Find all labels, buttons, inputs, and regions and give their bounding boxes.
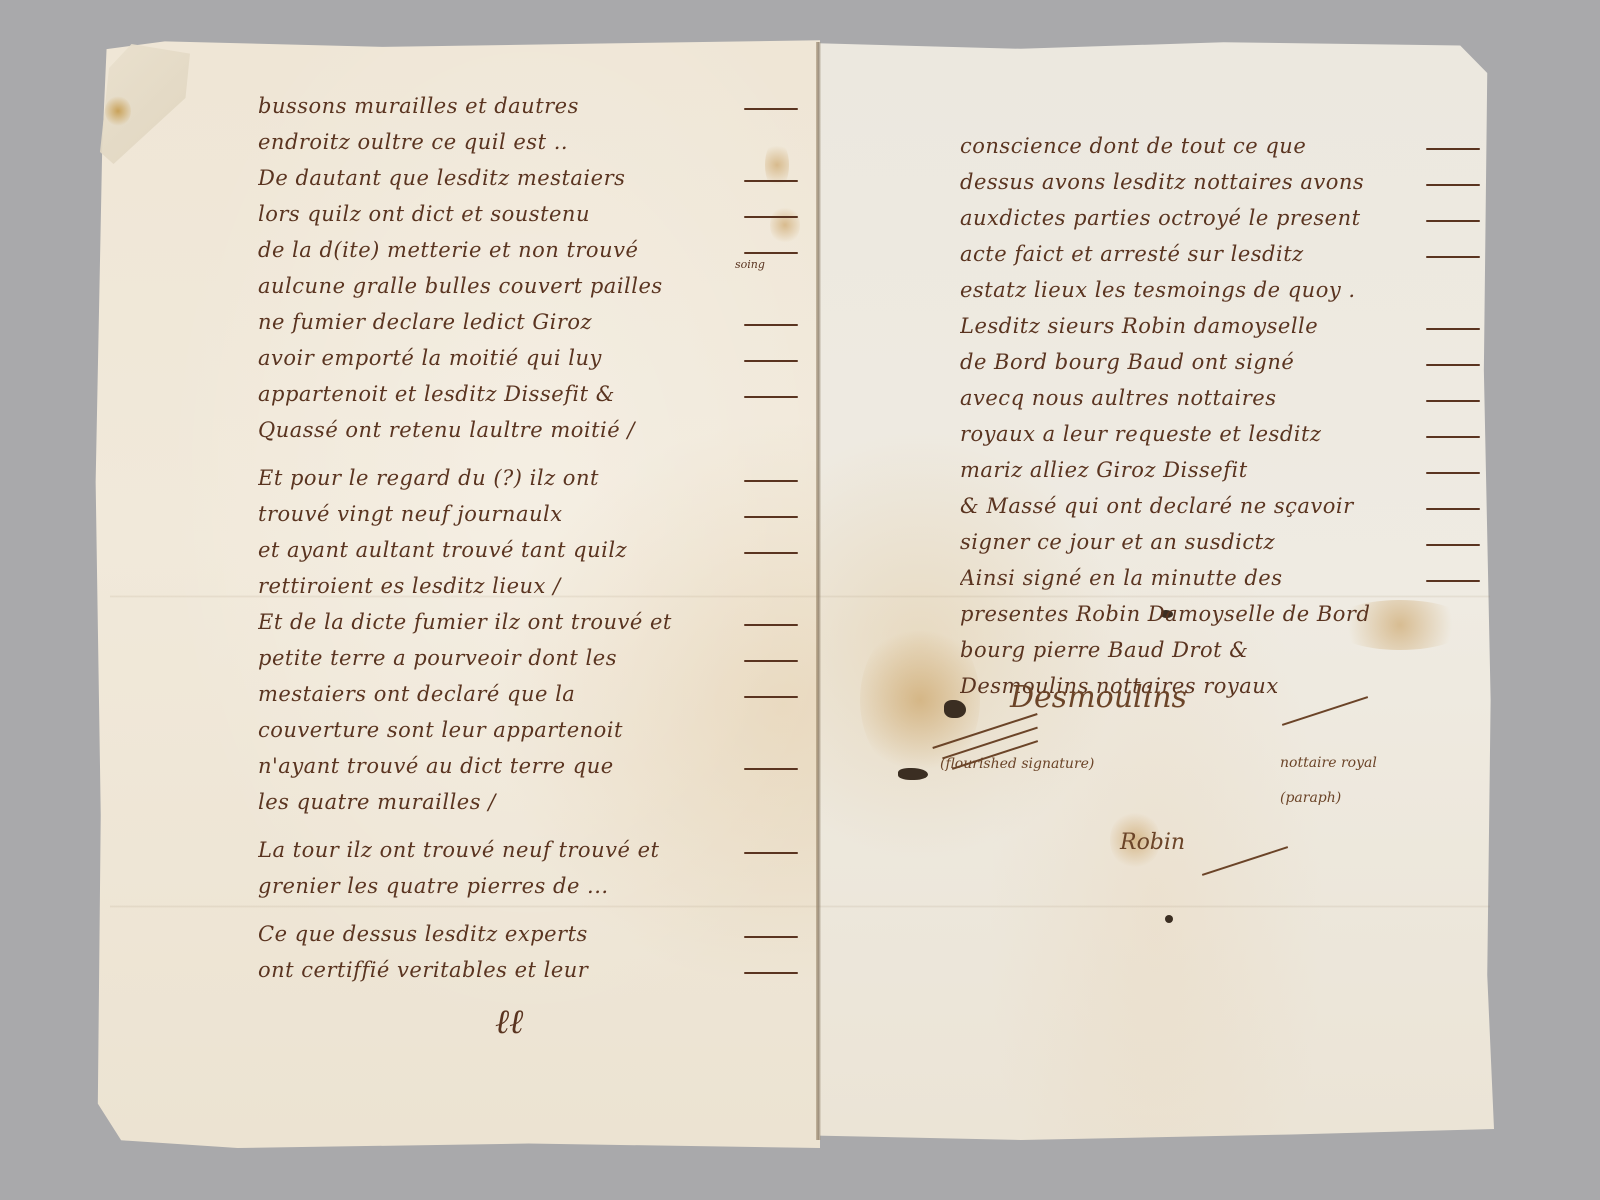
- manuscript-line: grenier les quatre pierres de ...: [258, 868, 798, 904]
- manuscript-line: mariz alliez Giroz Dissefit: [960, 452, 1480, 488]
- manuscript-line: et ayant aultant trouvé tant quilz: [258, 532, 798, 568]
- signature-flourish: [1202, 846, 1288, 876]
- manuscript-line: auxdictes parties octroyé le present: [960, 200, 1480, 236]
- manuscript-line: petite terre a pourveoir dont les: [258, 640, 798, 676]
- interlinear-note: soing: [735, 258, 765, 271]
- signature-desmoulins: Desmoulins: [1010, 680, 1187, 715]
- manuscript-line: rettiroient es lesditz lieux /: [258, 568, 798, 604]
- closing-flourish: ℓℓ: [495, 1002, 523, 1042]
- manuscript-line: n'ayant trouvé au dict terre que: [258, 748, 798, 784]
- manuscript-line: aulcune gralle bulles couvert pailles: [258, 268, 798, 304]
- signature-left: (flourished signature): [940, 756, 1094, 772]
- manuscript-line: ont certiffié veritables et leur: [258, 952, 798, 988]
- manuscript-line: mestaiers ont declaré que la: [258, 676, 798, 712]
- signature-paraph: (paraph): [1280, 790, 1341, 806]
- left-page-text: bussons murailles et dautres endroitz ou…: [258, 88, 798, 988]
- manuscript-line: ne fumier declare ledict Giroz: [258, 304, 798, 340]
- manuscript-line: de Bord bourg Baud ont signé: [960, 344, 1480, 380]
- manuscript-line: couverture sont leur appartenoit: [258, 712, 798, 748]
- manuscript-line: dessus avons lesditz nottaires avons: [960, 164, 1480, 200]
- manuscript-line: signer ce jour et an susdictz: [960, 524, 1480, 560]
- manuscript-line: conscience dont de tout ce que: [960, 128, 1480, 164]
- manuscript-line: acte faict et arresté sur lesditz: [960, 236, 1480, 272]
- manuscript-line: endroitz oultre ce quil est ..: [258, 124, 798, 160]
- manuscript-line: Quassé ont retenu laultre moitié /: [258, 412, 798, 448]
- manuscript-line: royaux a leur requeste et lesditz: [960, 416, 1480, 452]
- manuscript-line: De dautant que lesditz mestaiers: [258, 160, 798, 196]
- signature-robin: Robin: [1120, 830, 1185, 855]
- manuscript-line: avecq nous aultres nottaires: [960, 380, 1480, 416]
- manuscript-line: Et de la dicte fumier ilz ont trouvé et: [258, 604, 798, 640]
- manuscript-spread: bussons murailles et dautres endroitz ou…: [0, 0, 1600, 1200]
- manuscript-line: Et pour le regard du (?) ilz ont: [258, 460, 798, 496]
- manuscript-line: estatz lieux les tesmoings de quoy .: [960, 272, 1480, 308]
- manuscript-line: trouvé vingt neuf journaulx: [258, 496, 798, 532]
- manuscript-line: de la d(ite) metterie et non trouvé: [258, 232, 798, 268]
- signature-flourish: [1282, 696, 1368, 726]
- signature-block: Desmoulins (flourished signature) Robin …: [860, 660, 1480, 960]
- manuscript-line: appartenoit et lesditz Dissefit &: [258, 376, 798, 412]
- right-page-text: conscience dont de tout ce que dessus av…: [960, 128, 1480, 704]
- signature-notary: nottaire royal: [1280, 755, 1377, 771]
- manuscript-line: bussons murailles et dautres: [258, 88, 798, 124]
- manuscript-line: les quatre murailles /: [258, 784, 798, 820]
- manuscript-line: La tour ilz ont trouvé neuf trouvé et: [258, 832, 798, 868]
- stain: [105, 96, 131, 126]
- manuscript-line: lors quilz ont dict et soustenu: [258, 196, 798, 232]
- manuscript-line: presentes Robin Damoyselle de Bord: [960, 596, 1480, 632]
- center-fold: [816, 42, 821, 1140]
- manuscript-line: avoir emporté la moitié qui luy: [258, 340, 798, 376]
- manuscript-line: & Massé qui ont declaré ne sçavoir: [960, 488, 1480, 524]
- manuscript-line: Ainsi signé en la minutte des: [960, 560, 1480, 596]
- manuscript-line: Ce que dessus lesditz experts: [258, 916, 798, 952]
- manuscript-line: Lesditz sieurs Robin damoyselle: [960, 308, 1480, 344]
